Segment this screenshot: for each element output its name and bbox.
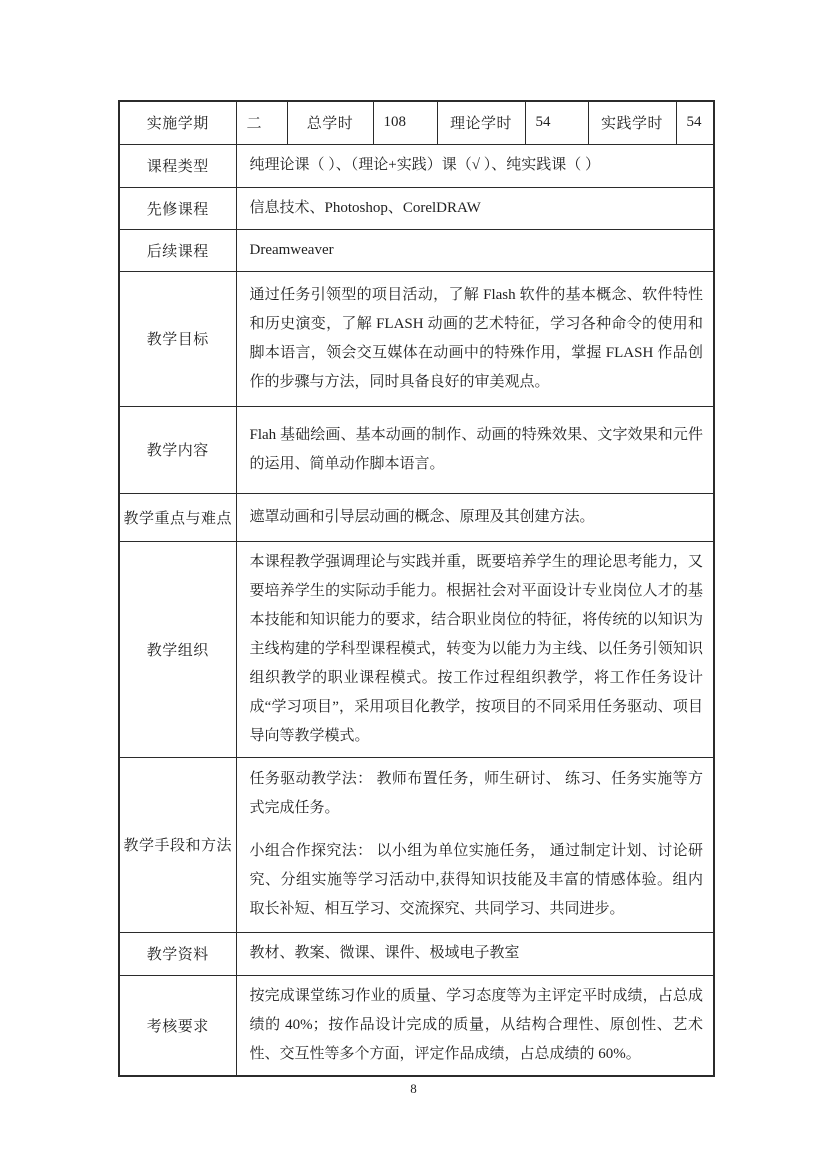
theory-hours-value-cell: 54 xyxy=(525,101,588,144)
total-hours-label-cell: 总学时 xyxy=(287,101,373,144)
teaching-methods-label: 教学手段和方法 xyxy=(119,757,236,932)
assessment-requirements-text: 按完成课堂练习作业的质量、学习态度等为主评定平时成绩，占总成绩的 40%；按作品… xyxy=(250,982,704,1069)
table-row-assessment-requirements: 考核要求 按完成课堂练习作业的质量、学习态度等为主评定平时成绩，占总成绩的 40… xyxy=(119,975,714,1076)
table-row-teaching-organization: 教学组织 本课程教学强调理论与实践并重，既要培养学生的理论思考能力，又要培养学生… xyxy=(119,541,714,757)
teaching-methods-paragraph-1: 任务驱动教学法： 教师布置任务，师生研讨、 练习、任务实施等方式完成任务。 xyxy=(250,765,704,823)
semester-label-cell: 实施学期 xyxy=(119,101,236,144)
table-row-subsequent-courses: 后续课程 Dreamweaver xyxy=(119,229,714,271)
teaching-materials-content: 教材、教案、微课、课件、极域电子教室 xyxy=(236,932,714,975)
table-row-course-type: 课程类型 纯理论课（ ）、（理论+实践）课（√ ）、纯实践课（ ） xyxy=(119,144,714,187)
teaching-objectives-content: 通过任务引领型的项目活动，了解 Flash 软件的基本概念、软件特性和历史演变，… xyxy=(236,271,714,406)
total-hours-value-cell: 108 xyxy=(373,101,437,144)
assessment-requirements-label: 考核要求 xyxy=(119,975,236,1076)
practice-hours-label-cell: 实践学时 xyxy=(588,101,676,144)
semester-value-cell: 二 xyxy=(236,101,287,144)
table-row-prerequisite-courses: 先修课程 信息技术、Photoshop、CorelDRAW xyxy=(119,187,714,229)
table-row-teaching-materials: 教学资料 教材、教案、微课、课件、极域电子教室 xyxy=(119,932,714,975)
page-number: 8 xyxy=(0,1081,827,1097)
teaching-organization-content: 本课程教学强调理论与实践并重，既要培养学生的理论思考能力，又要培养学生的实际动手… xyxy=(236,541,714,757)
teaching-content-text: Flah 基础绘画、基本动画的制作、动画的特殊效果、文字效果和元件的运用、简单动… xyxy=(250,421,704,479)
key-points-label: 教学重点与难点 xyxy=(119,493,236,541)
key-points-content: 遮罩动画和引导层动画的概念、原理及其创建方法。 xyxy=(236,493,714,541)
teaching-organization-label: 教学组织 xyxy=(119,541,236,757)
prerequisite-courses-text: 信息技术、Photoshop、CorelDRAW xyxy=(250,194,704,223)
document-page: 实施学期 二 总学时 108 理论学时 54 实践学时 54 课程类型 纯理论课… xyxy=(0,0,827,1170)
teaching-methods-content: 任务驱动教学法： 教师布置任务，师生研讨、 练习、任务实施等方式完成任务。 小组… xyxy=(236,757,714,932)
table-row-teaching-content: 教学内容 Flah 基础绘画、基本动画的制作、动画的特殊效果、文字效果和元件的运… xyxy=(119,406,714,493)
key-points-text: 遮罩动画和引导层动画的概念、原理及其创建方法。 xyxy=(250,503,704,532)
practice-hours-value-cell: 54 xyxy=(676,101,714,144)
teaching-objectives-text: 通过任务引领型的项目活动，了解 Flash 软件的基本概念、软件特性和历史演变，… xyxy=(250,281,704,397)
table-row-teaching-methods: 教学手段和方法 任务驱动教学法： 教师布置任务，师生研讨、 练习、任务实施等方式… xyxy=(119,757,714,932)
teaching-objectives-label: 教学目标 xyxy=(119,271,236,406)
prerequisite-courses-label: 先修课程 xyxy=(119,187,236,229)
table-row-key-points: 教学重点与难点 遮罩动画和引导层动画的概念、原理及其创建方法。 xyxy=(119,493,714,541)
subsequent-courses-label: 后续课程 xyxy=(119,229,236,271)
teaching-content-content: Flah 基础绘画、基本动画的制作、动画的特殊效果、文字效果和元件的运用、简单动… xyxy=(236,406,714,493)
teaching-content-label: 教学内容 xyxy=(119,406,236,493)
theory-hours-label-cell: 理论学时 xyxy=(437,101,525,144)
course-type-content: 纯理论课（ ）、（理论+实践）课（√ ）、纯实践课（ ） xyxy=(236,144,714,187)
course-type-text: 纯理论课（ ）、（理论+实践）课（√ ）、纯实践课（ ） xyxy=(250,151,704,180)
assessment-requirements-content: 按完成课堂练习作业的质量、学习态度等为主评定平时成绩，占总成绩的 40%；按作品… xyxy=(236,975,714,1076)
subsequent-courses-text: Dreamweaver xyxy=(250,236,704,265)
course-type-label: 课程类型 xyxy=(119,144,236,187)
table-row-hours: 实施学期 二 总学时 108 理论学时 54 实践学时 54 xyxy=(119,101,714,144)
teaching-organization-text: 本课程教学强调理论与实践并重，既要培养学生的理论思考能力，又要培养学生的实际动手… xyxy=(250,548,704,751)
table-row-teaching-objectives: 教学目标 通过任务引领型的项目活动，了解 Flash 软件的基本概念、软件特性和… xyxy=(119,271,714,406)
teaching-materials-label: 教学资料 xyxy=(119,932,236,975)
teaching-materials-text: 教材、教案、微课、课件、极域电子教室 xyxy=(250,939,704,968)
course-syllabus-table: 实施学期 二 总学时 108 理论学时 54 实践学时 54 课程类型 纯理论课… xyxy=(118,100,715,1077)
prerequisite-courses-content: 信息技术、Photoshop、CorelDRAW xyxy=(236,187,714,229)
subsequent-courses-content: Dreamweaver xyxy=(236,229,714,271)
teaching-methods-paragraph-2: 小组合作探究法： 以小组为单位实施任务， 通过制定计划、讨论研究、分组实施等学习… xyxy=(250,837,704,924)
